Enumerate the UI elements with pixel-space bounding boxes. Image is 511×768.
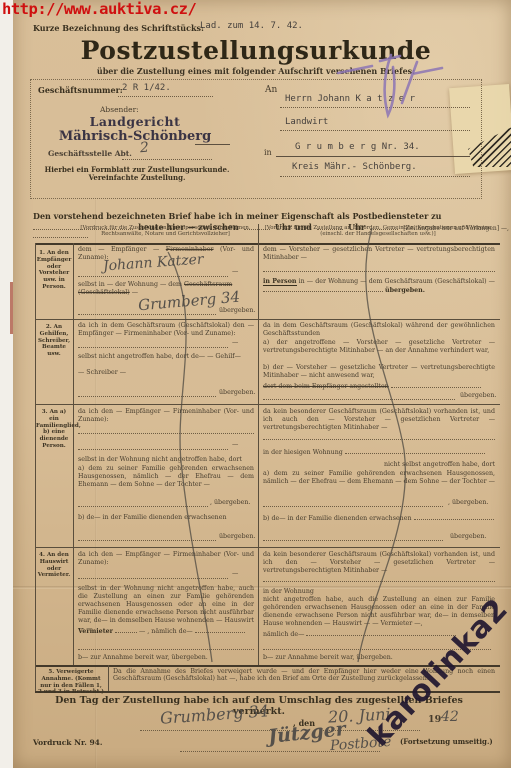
continuation-note: (Fortsetzung umseitig.) xyxy=(400,737,493,746)
row3-left-given-b: übergeben. xyxy=(219,533,255,541)
dotted-leader xyxy=(345,448,485,454)
row4-left-text: b— zur Annahme bereit war, übergeben. xyxy=(78,654,254,662)
table-row-line xyxy=(35,319,500,320)
row4-left-text: — , nämlich de— xyxy=(139,628,193,635)
row3-right-text: in der hiesigen Wohnung xyxy=(263,449,343,456)
dotted-leader xyxy=(195,627,245,633)
table-column-line xyxy=(258,224,259,665)
row1-left-text: — xyxy=(130,289,138,296)
row3-right-text: nicht selbst angetroffen habe, dort xyxy=(263,461,495,469)
table-row-line xyxy=(35,547,500,548)
dotted-leader xyxy=(263,505,443,507)
row3-right-item-a: a) dem zu seiner Familie gehörenden erwa… xyxy=(263,470,495,486)
dotted-leader xyxy=(78,395,216,397)
court-stamp-line2: Mährisch-Schönberg xyxy=(30,129,240,144)
short-designation-value: Lad. zum 14. 7. 42. xyxy=(200,21,303,31)
row1-right-in-person: in Person xyxy=(263,278,297,286)
registry-dept-label: Geschäftsstelle Abt. xyxy=(48,149,132,158)
left-column-header: [Vordruck für die Zustellung an Einzelpe… xyxy=(78,225,253,238)
row4-label: 4. An den Hauswirt oder Vermieter. xyxy=(36,552,72,579)
dotted-leader xyxy=(263,270,495,272)
row3-left-item-b: b) de— in der Familie dienenden erwachse… xyxy=(78,514,254,522)
in-label: in xyxy=(264,148,272,157)
dotted-leader xyxy=(78,448,228,450)
row3-left-dash: — xyxy=(232,441,238,449)
row4-left-text: da ich den — Empfänger — Firmeninhaber (… xyxy=(78,551,254,567)
case-number-label: Geschäftsnummer: xyxy=(38,85,123,95)
row4-right-text: in der Wohnung xyxy=(263,588,495,596)
dotted-leader xyxy=(280,106,470,108)
dotted-leader xyxy=(78,313,216,315)
table-border-left xyxy=(35,243,36,691)
scanned-document-page: { "overlay": { "url": "http://www.auktiv… xyxy=(0,0,511,768)
row2-left-text: — Schreiber — xyxy=(78,369,254,377)
addressee-name: Herrn Johann K a t z e r xyxy=(285,94,415,104)
row3-left-text: selbst in der Wohnung nicht angetroffen … xyxy=(78,456,254,464)
row1-left-text: dem — Empfänger — xyxy=(78,246,166,253)
dotted-leader xyxy=(78,432,254,434)
row3-right-given-a: , übergeben. xyxy=(448,499,488,507)
dotted-leader xyxy=(78,505,208,507)
row3-left-given-a: , übergeben. xyxy=(210,499,250,507)
row1-right-text: in — der Wohnung — dem Geschäftsraum (Ge… xyxy=(297,278,495,285)
row2-left-text: selbst nicht angetroffen habe, dort de— … xyxy=(78,353,254,361)
dotted-leader xyxy=(115,627,137,633)
row1-label: 1. An den Empfänger oder Vorsteher usw. … xyxy=(36,250,72,291)
table-column-line xyxy=(108,665,109,691)
row2-left-text: da ich in dem Geschäftsraum (Geschäftslo… xyxy=(78,322,254,338)
row1-right-text: dem — Vorsteher — gesetzlichen Vertreter… xyxy=(263,246,495,262)
dotted-leader xyxy=(78,648,254,650)
case-number-value: 2 R 1/42. xyxy=(122,83,171,93)
row1-left-struck-geschaeftsraum: Geschäftsraum xyxy=(184,281,232,288)
dotted-leader xyxy=(78,577,228,579)
dotted-leader xyxy=(78,275,228,277)
court-stamp-line1: Landgericht xyxy=(40,114,230,129)
solid-underline xyxy=(276,155,470,157)
short-designation-label: Kurze Bezeichnung des Schriftstücks: xyxy=(33,23,204,33)
row4-left-vermieter: Vermieter xyxy=(78,628,113,635)
dotted-leader xyxy=(263,398,455,400)
right-column-header: [Vordruck für die Zustellung an Behörden… xyxy=(263,225,493,238)
row3-left-item-a: a) dem zu seiner Familie gehörenden erwa… xyxy=(78,465,254,489)
table-border-top xyxy=(35,243,500,245)
table-row-line xyxy=(35,404,500,405)
row3-left-text: da ich den — Empfänger — Firmeninhaber (… xyxy=(78,408,254,424)
dotted-leader xyxy=(118,95,213,97)
form-subtitle: über die Zustellung eines mit folgender … xyxy=(30,66,482,76)
row5-label: 5. Verweigerte Annahme. (Kommt nur in de… xyxy=(38,669,104,696)
row2-left-given: übergeben. xyxy=(219,389,255,397)
row1-left-given: übergeben. xyxy=(219,307,255,315)
dotted-leader xyxy=(263,286,383,292)
row2-right-text: da in dem Geschäftsraum (Geschäftslokal)… xyxy=(263,322,495,338)
addressee-place: G r u m b e r g Nr. 34. xyxy=(295,142,420,152)
addressee-occupation: Landwirt xyxy=(285,117,328,127)
dotted-leader xyxy=(78,346,228,348)
row2-right-given: übergeben. xyxy=(460,392,496,400)
dotted-leader xyxy=(122,158,212,160)
addressee-district: Kreis Mähr.- Schönberg. xyxy=(292,162,417,172)
row2-right-item-b: b) der — Vorsteher — gesetzliche Vertret… xyxy=(263,364,495,380)
year-printed: 19 xyxy=(428,714,441,725)
sender-label: Absender: xyxy=(100,105,139,114)
handwritten-dept-number: 2 xyxy=(139,140,149,157)
dotted-leader xyxy=(78,539,216,541)
row2-label: 2. An Gehilfen, Schreiber, Beamte usw. xyxy=(36,324,72,358)
stamp-underline xyxy=(195,143,230,145)
paper-edge-mark xyxy=(10,282,13,334)
auction-site-url: http://www.auktiva.cz/ xyxy=(2,0,196,18)
table-column-line xyxy=(73,243,74,665)
enclosure-note-line2: Vereinfachte Zustellung. xyxy=(32,173,242,182)
row1-left-text: selbst in — der Wohnung — dem xyxy=(78,281,184,288)
row2-right-struck: dort dem beim Empfänger angestellten xyxy=(263,383,389,390)
dotted-leader xyxy=(280,129,470,131)
an-label: An xyxy=(265,85,277,95)
row4-right-text: da kein besonderer Geschäftsraum (Geschä… xyxy=(263,551,495,575)
dotted-leader xyxy=(391,382,481,388)
dotted-leader xyxy=(263,438,495,440)
row1-left-dash: — xyxy=(232,268,238,276)
dotted-leader xyxy=(306,630,456,636)
row3-right-text: da kein besonderer Geschäftsraum (Geschä… xyxy=(263,408,495,432)
dotted-leader xyxy=(263,539,443,541)
row2-left-dash: — xyxy=(232,339,238,347)
row3-label: 3. An a) ein Familienglied, b) eine dien… xyxy=(36,409,72,450)
handwritten-year: 42 xyxy=(441,709,459,725)
row1-left-struck-geschaeftslokal: (Geschäftslokal) xyxy=(78,289,130,296)
row4-left-dash: — xyxy=(232,570,238,578)
dotted-leader xyxy=(414,514,494,520)
row1-right-given: übergeben. xyxy=(385,287,425,294)
dotted-leader xyxy=(263,580,495,582)
form-number: Vordruck Nr. 94. xyxy=(33,738,103,747)
row3-right-item-b: b) de— in der Familie dienenden erwachse… xyxy=(263,515,412,522)
dotted-leader xyxy=(280,175,470,177)
row4-right-text: nämlich de— xyxy=(263,631,304,638)
form-title: Postzustellungsurkunde xyxy=(30,36,482,65)
row2-right-item-a: a) der angetroffene — Vorsteher — gesetz… xyxy=(263,339,495,355)
row3-right-given-b: übergeben. xyxy=(450,533,486,541)
